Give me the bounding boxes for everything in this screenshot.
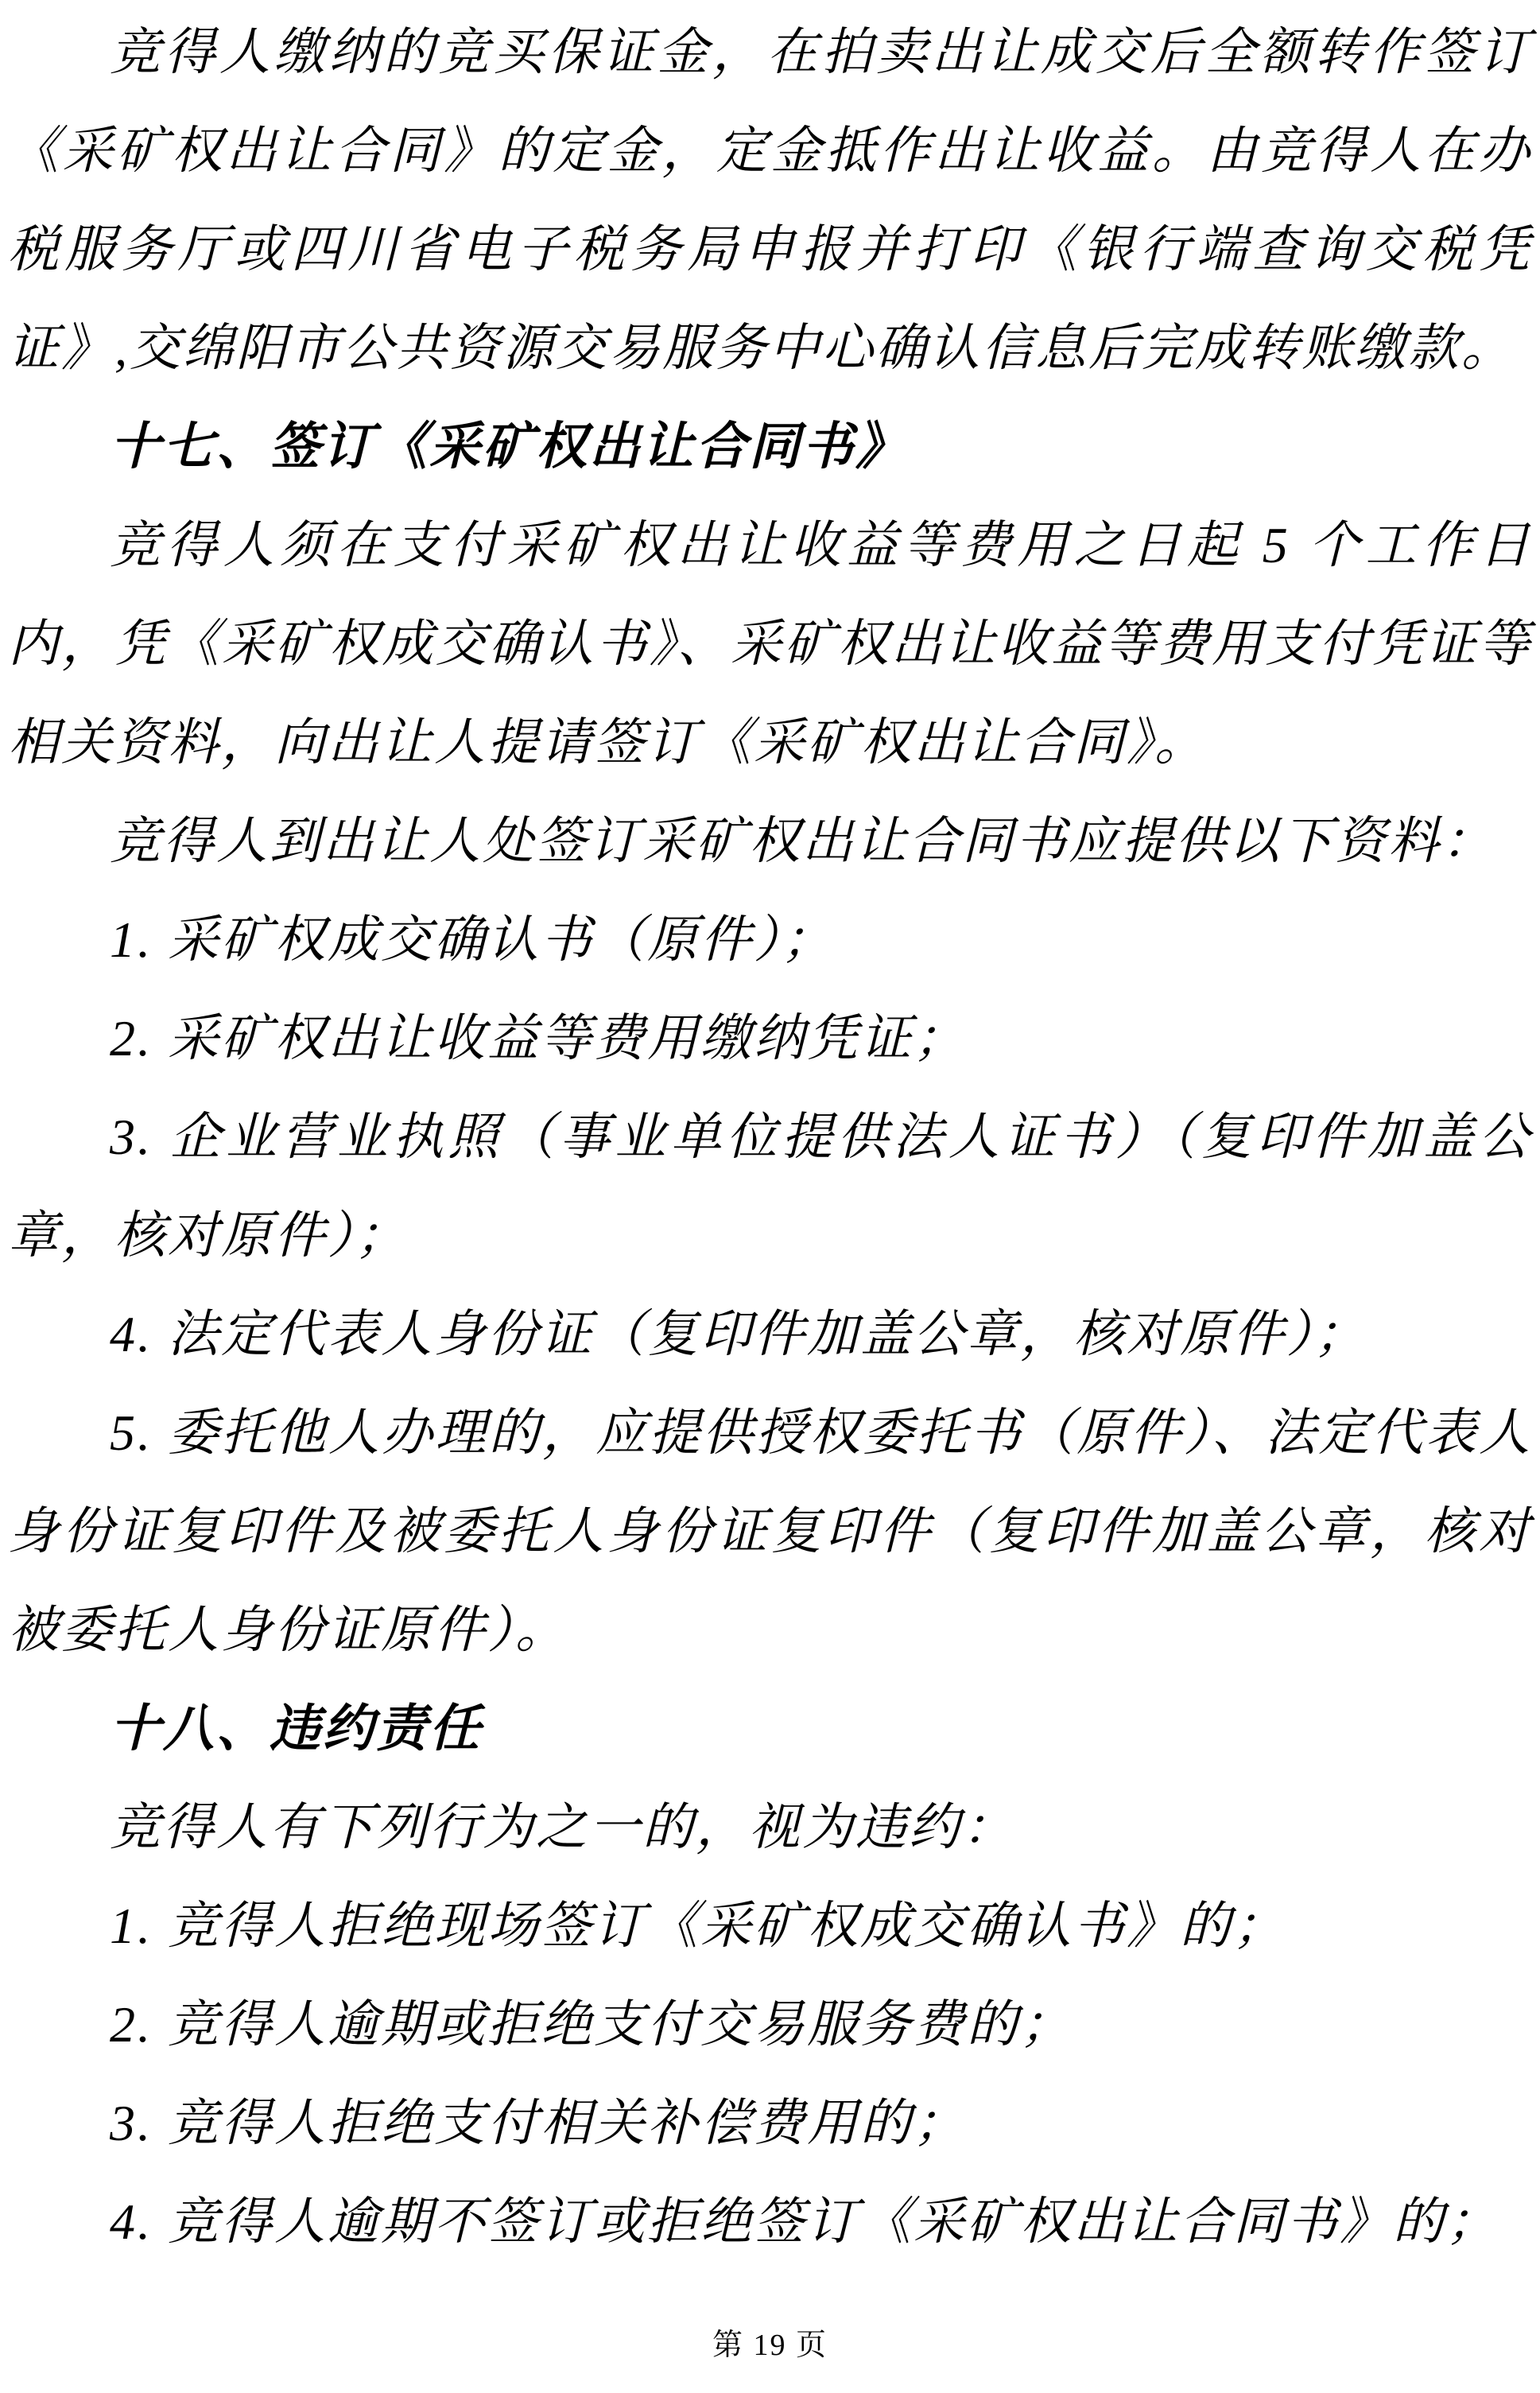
list-item-material-5: 5. 委托他人办理的，应提供授权委托书（原件）、法定代表人身份证复印件及被委托人… (8, 1384, 1532, 1680)
section-heading-17-sign-contract: 十七、签订《采矿权出让合同书》 (8, 398, 1532, 496)
paragraph-sign-within-5-days: 竞得人须在支付采矿权出让收益等费用之日起 5 个工作日内，凭《采矿权成交确认书》… (8, 496, 1532, 792)
page-footer: 第 19 页 (0, 2326, 1540, 2364)
paragraph-breach-intro: 竞得人有下列行为之一的，视为违约： (8, 1778, 1532, 1877)
list-item-material-2: 2. 采矿权出让收益等费用缴纳凭证； (8, 989, 1532, 1088)
paragraph-materials-intro: 竞得人到出让人处签订采矿权出让合同书应提供以下资料： (8, 792, 1532, 891)
list-item-breach-2: 2. 竞得人逾期或拒绝支付交易服务费的； (8, 1975, 1532, 2074)
section-heading-18-breach: 十八、违约责任 (8, 1680, 1532, 1778)
list-item-breach-3: 3. 竞得人拒绝支付相关补偿费用的； (8, 2074, 1532, 2173)
list-item-breach-1: 1. 竞得人拒绝现场签订《采矿权成交确认书》的； (8, 1877, 1532, 1975)
list-item-breach-4: 4. 竞得人逾期不签订或拒绝签订《采矿权出让合同书》的； (8, 2173, 1532, 2271)
list-item-material-4: 4. 法定代表人身份证（复印件加盖公章，核对原件）； (8, 1285, 1532, 1384)
list-item-material-1: 1. 采矿权成交确认书（原件）； (8, 891, 1532, 989)
list-item-material-3: 3. 企业营业执照（事业单位提供法人证书）（复印件加盖公章，核对原件）； (8, 1088, 1532, 1285)
document-page: 竞得人缴纳的竞买保证金，在拍卖出让成交后全额转作签订《采矿权出让合同》的定金，定… (0, 0, 1540, 2271)
paragraph-deposit-conversion: 竞得人缴纳的竞买保证金，在拍卖出让成交后全额转作签订《采矿权出让合同》的定金，定… (8, 3, 1532, 398)
